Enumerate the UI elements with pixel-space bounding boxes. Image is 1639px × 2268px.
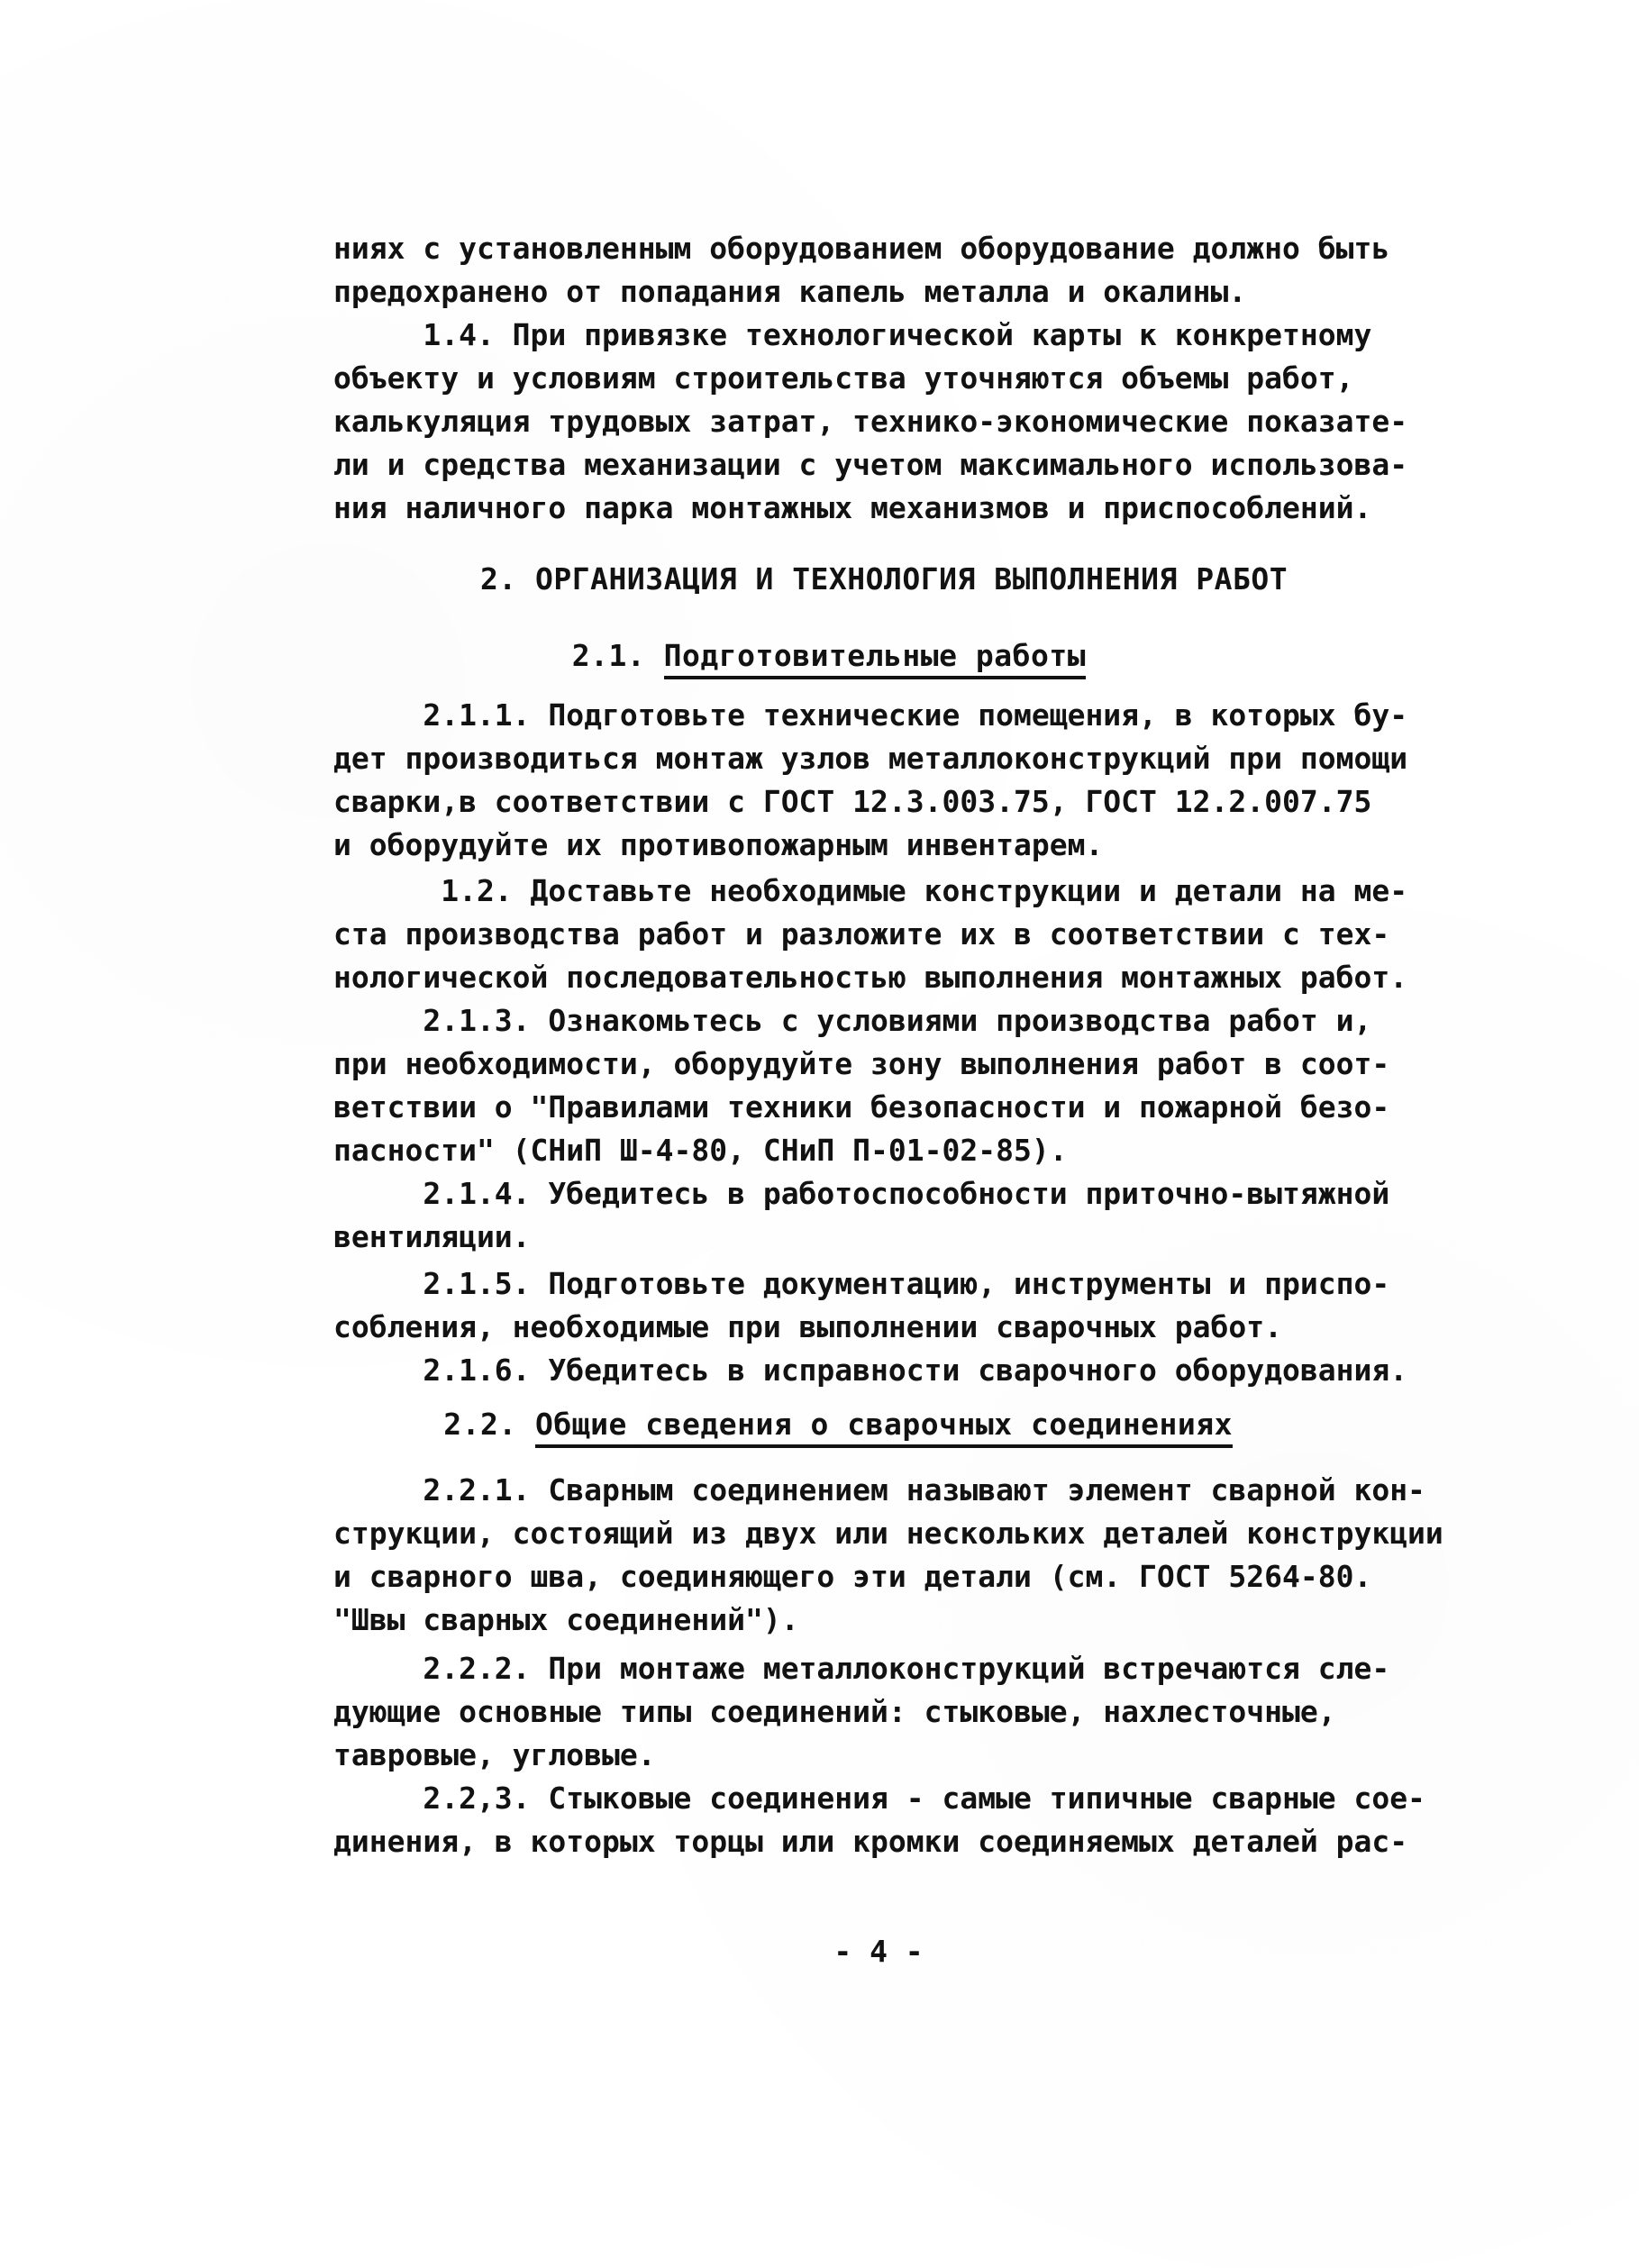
- text-line: собления, необходимые при выполнении сва…: [333, 1306, 1424, 1349]
- text-line: предохранено от попадания капель металла…: [333, 270, 1424, 314]
- heading-underlined-label: Общие сведения о сварочных соединениях: [535, 1407, 1233, 1448]
- text-line: струкции, состоящий из двух или нескольк…: [333, 1512, 1424, 1555]
- text-line: динения, в которых торцы или кромки соед…: [333, 1820, 1424, 1863]
- text-line: ния наличного парка монтажных механизмов…: [333, 487, 1424, 530]
- text-line: нологической последовательностью выполне…: [333, 956, 1424, 999]
- text-line: 2.2.1. Сварным соединением называют элем…: [333, 1469, 1424, 1512]
- text-line: вентиляции.: [333, 1216, 1424, 1259]
- text-line: дет производиться монтаж узлов металлоко…: [333, 737, 1424, 780]
- text-line: тавровые, угловые.: [333, 1734, 1424, 1777]
- text-line: 1.4. При привязке технологической карты …: [333, 314, 1424, 357]
- text-line: и оборудуйте их противопожарным инвентар…: [333, 824, 1424, 867]
- text-line: ли и средства механизации с учетом макси…: [333, 443, 1424, 487]
- text-line: и сварного шва, соединяющего эти детали …: [333, 1555, 1424, 1599]
- document-text-block: ниях с установленным оборудованием обору…: [333, 227, 1424, 1973]
- text-line: 2.1.3. Ознакомьтесь с условиями производ…: [333, 999, 1424, 1043]
- text-line: 1.2. Доставьте необходимые конструкции и…: [333, 870, 1424, 913]
- section-heading: 2.2. Общие сведения о сварочных соединен…: [333, 1403, 1424, 1446]
- text-line: 2.1.4. Убедитесь в работоспособности при…: [333, 1172, 1424, 1216]
- section-heading: 2.1. Подготовительные работы: [333, 634, 1424, 678]
- text-line: объекту и условиям строительства уточняю…: [333, 357, 1424, 400]
- document-page: ниях с установленным оборудованием обору…: [0, 0, 1639, 2268]
- text-line: пасности" (СНиП Ш-4-80, СНиП П-01-02-85)…: [333, 1129, 1424, 1172]
- text-line: сварки,в соответствии с ГОСТ 12.3.003.75…: [333, 780, 1424, 824]
- text-line: "Швы сварных соединений").: [333, 1599, 1424, 1642]
- text-line: 2.1.1. Подготовьте технические помещения…: [333, 694, 1424, 737]
- text-line: при необходимости, оборудуйте зону выпол…: [333, 1043, 1424, 1086]
- text-line: ниях с установленным оборудованием обору…: [333, 227, 1424, 270]
- heading-underlined-label: Подготовительные работы: [664, 638, 1086, 679]
- text-line: 2.2.2. При монтаже металлоконструкций вс…: [333, 1647, 1424, 1690]
- section-heading: 2. ОРГАНИЗАЦИЯ И ТЕХНОЛОГИЯ ВЫПОЛНЕНИЯ Р…: [333, 558, 1424, 601]
- text-line: калькуляция трудовых затрат, технико-эко…: [333, 400, 1424, 443]
- text-line: 2.1.5. Подготовьте документацию, инструм…: [333, 1262, 1424, 1306]
- text-line: дующие основные типы соединений: стыковы…: [333, 1690, 1424, 1734]
- text-line: ветствии о "Правилами техники безопаснос…: [333, 1086, 1424, 1129]
- text-line: ста производства работ и разложите их в …: [333, 913, 1424, 956]
- text-line: 2.1.6. Убедитесь в исправности сварочног…: [333, 1349, 1424, 1392]
- text-line: 2.2,3. Стыковые соединения - самые типич…: [333, 1777, 1424, 1820]
- page-number: - 4 -: [333, 1930, 1424, 1973]
